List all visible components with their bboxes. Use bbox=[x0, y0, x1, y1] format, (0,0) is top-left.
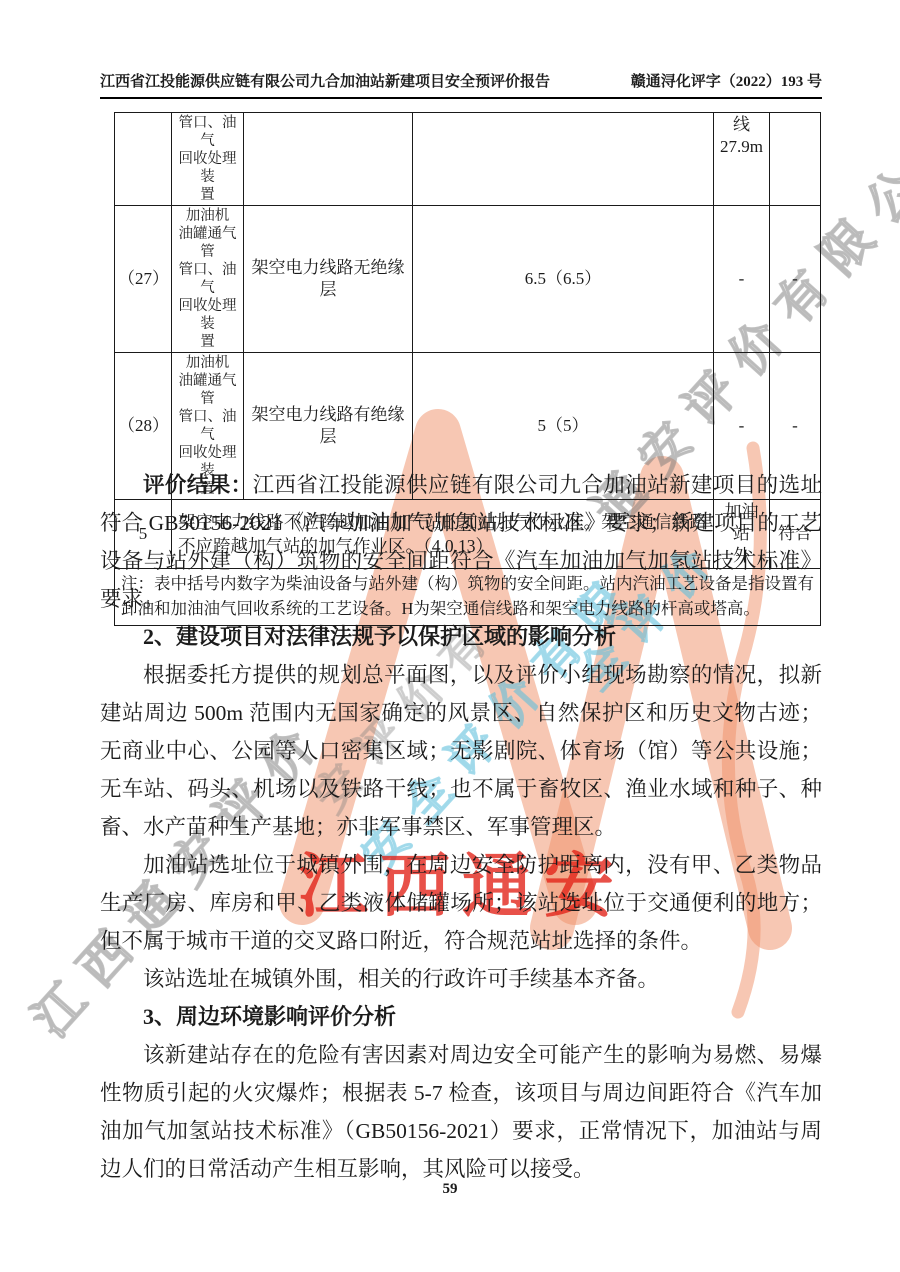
cell-item: 加油机 油罐通气管 管口、油气 回收处理装 置 bbox=[172, 206, 244, 353]
table-row: 管口、油气 回收处理装 置 线 27.9m bbox=[115, 113, 821, 206]
section2-paragraph-2: 加油站选址位于城镇外围，在周边安全防护距离内，没有甲、乙类物品生产厂房、库房和甲… bbox=[100, 846, 822, 960]
evaluation-result-label: 评价结果： bbox=[143, 473, 253, 497]
cell-actual: - bbox=[714, 206, 770, 353]
cell-distance: 6.5（6.5） bbox=[413, 206, 714, 353]
table-row: （27） 加油机 油罐通气管 管口、油气 回收处理装 置 架空电力线路无绝缘层 … bbox=[115, 206, 821, 353]
cell-object: 架空电力线路无绝缘层 bbox=[244, 206, 413, 353]
cell-index bbox=[115, 113, 172, 206]
cell-object bbox=[244, 113, 413, 206]
body-text: 评价结果：江西省江投能源供应链有限公司九合加油站新建项目的选址符合 GB5015… bbox=[100, 466, 822, 1188]
cell-result bbox=[770, 113, 821, 206]
section2-heading: 2、建设项目对法律法规予以保护区域的影响分析 bbox=[100, 618, 822, 656]
cell-result: - bbox=[770, 206, 821, 353]
page-header: 江西省江投能源供应链有限公司九合加油站新建项目安全预评价报告 赣通浔化评字（20… bbox=[100, 70, 822, 99]
report-title: 江西省江投能源供应链有限公司九合加油站新建项目安全预评价报告 bbox=[100, 70, 550, 91]
evaluation-result-paragraph: 评价结果：江西省江投能源供应链有限公司九合加油站新建项目的选址符合 GB5015… bbox=[100, 466, 822, 618]
doc-number: 赣通浔化评字（2022）193 号 bbox=[631, 70, 822, 91]
cell-item: 管口、油气 回收处理装 置 bbox=[172, 113, 244, 206]
section2-paragraph-1: 根据委托方提供的规划总平面图，以及评价小组现场勘察的情况，拟新建站周边 500m… bbox=[100, 656, 822, 846]
section3-paragraph-1: 该新建站存在的危险有害因素对周边安全可能产生的影响为易燃、易爆性物质引起的火灾爆… bbox=[100, 1036, 822, 1188]
section2-paragraph-3: 该站选址在城镇外围，相关的行政许可手续基本齐备。 bbox=[100, 960, 822, 998]
document-page: 通安评价有限公司 江西通安评价 安评价有 安全评价有限 全评价 江西通安 江西省… bbox=[0, 0, 900, 1272]
section3-heading: 3、周边环境影响评价分析 bbox=[100, 998, 822, 1036]
cell-distance bbox=[413, 113, 714, 206]
cell-actual: 线 27.9m bbox=[714, 113, 770, 206]
page-number: 59 bbox=[0, 1181, 900, 1198]
content-layer: 江西省江投能源供应链有限公司九合加油站新建项目安全预评价报告 赣通浔化评字（20… bbox=[0, 0, 900, 1272]
cell-index: （27） bbox=[115, 206, 172, 353]
